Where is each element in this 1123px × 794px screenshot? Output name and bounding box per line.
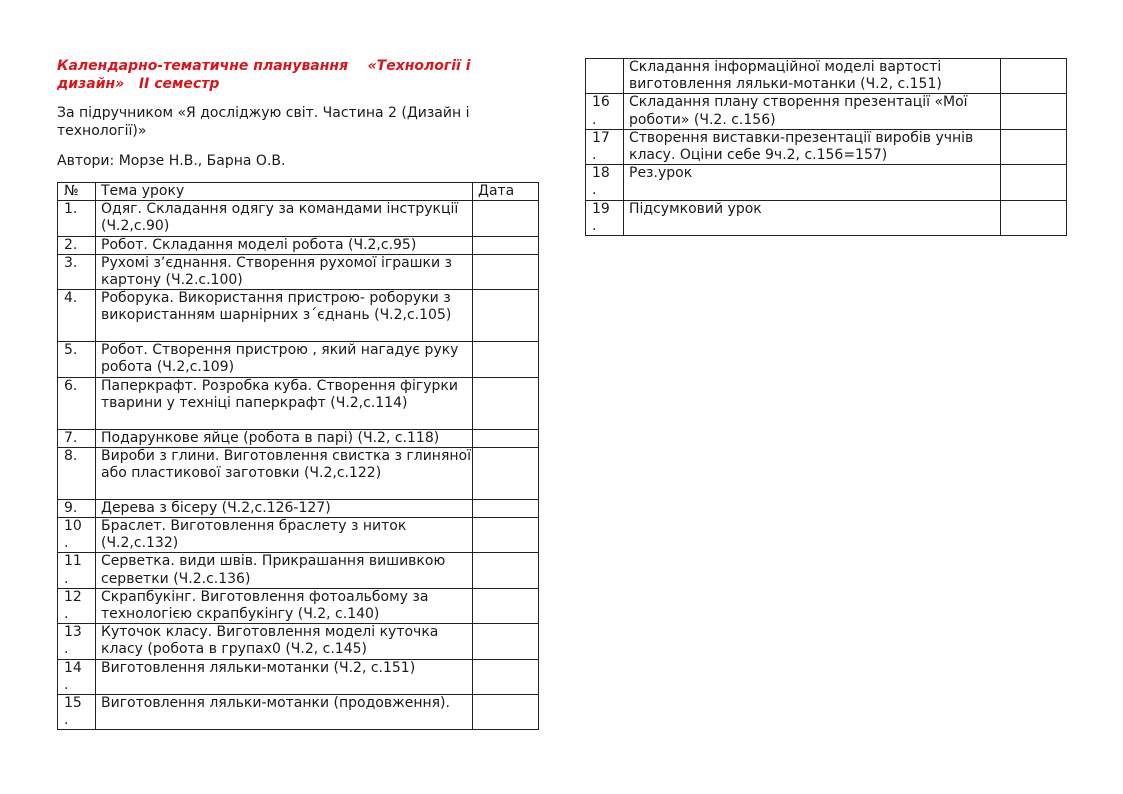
lesson-topic: Скрапбукінг. Виготовлення фотоальбому за…: [96, 588, 473, 623]
lesson-topic: Серветка. види швів. Прикрашання вишивко…: [96, 553, 473, 588]
lesson-topic: Виготовлення ляльки-мотанки (продовження…: [96, 695, 473, 730]
table-row: 17.Створення виставки-презентації виробі…: [586, 129, 1067, 164]
lesson-date-cell[interactable]: [473, 254, 539, 289]
lesson-topic: Створення виставки-презентації виробів у…: [624, 129, 1001, 164]
table-row: Складання інформаційної моделі вартості …: [586, 59, 1067, 94]
table-row: 9.Дерева з бісеру (Ч.2,с.126-127): [58, 499, 539, 517]
table-row: 4.Роборука. Використання пристрою- робор…: [58, 290, 539, 342]
lesson-number: 18: [592, 165, 623, 182]
lesson-topic: Вироби з глини. Виготовлення свистка з г…: [96, 447, 473, 499]
lesson-date-cell[interactable]: [473, 588, 539, 623]
lesson-topic: Складання інформаційної моделі вартості …: [624, 59, 1001, 94]
lesson-number-cell: 12.: [58, 588, 96, 623]
lesson-number-dot: .: [64, 606, 95, 623]
table-row: 16.Складання плану створення презентації…: [586, 94, 1067, 129]
lesson-number-cell: 10.: [58, 518, 96, 553]
lesson-date-cell[interactable]: [473, 447, 539, 499]
lesson-topic: Одяг. Складання одягу за командами інстр…: [96, 201, 473, 236]
lesson-number-cell: 1.: [58, 201, 96, 236]
lesson-number-dot: .: [592, 218, 623, 235]
lesson-number: 10: [64, 518, 95, 535]
lesson-number: 9.: [64, 500, 95, 517]
lesson-number-cell: 11.: [58, 553, 96, 588]
lesson-topic: Паперкрафт. Розробка куба. Створення фіг…: [96, 377, 473, 429]
lesson-date-cell[interactable]: [473, 659, 539, 694]
lesson-topic: Складання плану створення презентації «М…: [624, 94, 1001, 129]
lesson-number: 17: [592, 130, 623, 147]
lesson-number-cell: 3.: [58, 254, 96, 289]
table-row: 8.Вироби з глини. Виготовлення свистка з…: [58, 447, 539, 499]
lesson-date-cell[interactable]: [473, 236, 539, 254]
lesson-topic: Роборука. Використання пристрою- роборук…: [96, 290, 473, 342]
lesson-number-cell: 13.: [58, 624, 96, 659]
lesson-plan-table-right: Складання інформаційної моделі вартості …: [585, 58, 1067, 236]
lesson-number-cell: 16.: [586, 94, 624, 129]
lesson-number: 14: [64, 660, 95, 677]
lesson-number-cell: 19.: [586, 200, 624, 235]
lesson-number-cell: 14.: [58, 659, 96, 694]
lesson-number: 13: [64, 624, 95, 641]
lesson-date-cell[interactable]: [473, 499, 539, 517]
lesson-number: 16: [592, 94, 623, 111]
lesson-number: 3.: [64, 255, 95, 272]
lesson-number-dot: .: [592, 112, 623, 129]
lesson-number-cell: 18.: [586, 165, 624, 200]
lesson-date-cell[interactable]: [473, 553, 539, 588]
lesson-number-cell: 9.: [58, 499, 96, 517]
lesson-number-cell: 5.: [58, 342, 96, 377]
lesson-topic: Куточок класу. Виготовлення моделі куточ…: [96, 624, 473, 659]
authors-line: Автори: Морзе Н.В., Барна О.В.: [57, 152, 537, 170]
lesson-number: 8.: [64, 448, 95, 465]
lesson-topic: Виготовлення ляльки-мотанки (Ч.2, с.151): [96, 659, 473, 694]
lesson-plan-table-left: № Тема уроку Дата 1.Одяг. Складання одяг…: [57, 182, 539, 730]
lesson-number-dot: .: [64, 571, 95, 588]
lesson-number-dot: .: [64, 641, 95, 658]
lesson-date-cell[interactable]: [473, 201, 539, 236]
header-date: Дата: [473, 183, 539, 201]
lesson-topic: Підсумковий урок: [624, 200, 1001, 235]
table-row: 10.Браслет. Виготовлення браслету з нито…: [58, 518, 539, 553]
lesson-number: 15: [64, 695, 95, 712]
lesson-topic: Робот. Створення пристрою , який нагадує…: [96, 342, 473, 377]
lesson-date-cell[interactable]: [473, 695, 539, 730]
lesson-number-dot: .: [592, 147, 623, 164]
lesson-number-cell: [586, 59, 624, 94]
lesson-number-dot: .: [64, 677, 95, 694]
lesson-number-cell: 17.: [586, 129, 624, 164]
table-row: 19.Підсумковий урок: [586, 200, 1067, 235]
table-row: 5.Робот. Створення пристрою , який нагад…: [58, 342, 539, 377]
table-row: 14.Виготовлення ляльки-мотанки (Ч.2, с.1…: [58, 659, 539, 694]
lesson-date-cell[interactable]: [473, 377, 539, 429]
lesson-date-cell[interactable]: [473, 429, 539, 447]
lesson-number-cell: 8.: [58, 447, 96, 499]
table-row: 18.Рез.урок: [586, 165, 1067, 200]
lesson-topic: Дерева з бісеру (Ч.2,с.126-127): [96, 499, 473, 517]
lesson-date-cell[interactable]: [473, 290, 539, 342]
lesson-number-cell: 4.: [58, 290, 96, 342]
table-row: 13.Куточок класу. Виготовлення моделі ку…: [58, 624, 539, 659]
table-row: 2.Робот. Складання моделі робота (Ч.2,с.…: [58, 236, 539, 254]
lesson-number: 2.: [64, 237, 95, 254]
table-header-row: № Тема уроку Дата: [58, 183, 539, 201]
lesson-number-cell: 7.: [58, 429, 96, 447]
lesson-date-cell[interactable]: [473, 518, 539, 553]
lesson-date-cell[interactable]: [1001, 129, 1067, 164]
lesson-topic: Рез.урок: [624, 165, 1001, 200]
lesson-date-cell[interactable]: [473, 342, 539, 377]
table-row: 6.Паперкрафт. Розробка куба. Створення ф…: [58, 377, 539, 429]
lesson-number: 12: [64, 589, 95, 606]
table-row: 3.Рухомі з’єднання. Створення рухомої іг…: [58, 254, 539, 289]
table-row: 12.Скрапбукінг. Виготовлення фотоальбому…: [58, 588, 539, 623]
lesson-date-cell[interactable]: [1001, 59, 1067, 94]
table-row: 7.Подарункове яйце (робота в парі) (Ч.2,…: [58, 429, 539, 447]
document-title: Календарно-тематичне планування «Техноло…: [57, 57, 527, 93]
header-number: №: [58, 183, 96, 201]
table-row: 1.Одяг. Складання одягу за командами інс…: [58, 201, 539, 236]
lesson-date-cell[interactable]: [473, 624, 539, 659]
lesson-number: 1.: [64, 201, 95, 218]
lesson-number-cell: 15.: [58, 695, 96, 730]
textbook-line: За підручником «Я досліджую світ. Частин…: [57, 104, 537, 140]
table-row: 15.Виготовлення ляльки-мотанки (продовже…: [58, 695, 539, 730]
lesson-topic: Браслет. Виготовлення браслету з ниток (…: [96, 518, 473, 553]
lesson-number-dot: .: [64, 535, 95, 552]
lesson-number: 7.: [64, 430, 95, 447]
lesson-date-cell[interactable]: [1001, 94, 1067, 129]
header-topic: Тема уроку: [96, 183, 473, 201]
lesson-number: 11: [64, 553, 95, 570]
lesson-topic: Робот. Складання моделі робота (Ч.2,с.95…: [96, 236, 473, 254]
lesson-number-cell: 2.: [58, 236, 96, 254]
lesson-date-cell[interactable]: [1001, 200, 1067, 235]
lesson-number-dot: .: [592, 182, 623, 199]
lesson-number: 4.: [64, 290, 95, 307]
lesson-topic: Подарункове яйце (робота в парі) (Ч.2, с…: [96, 429, 473, 447]
lesson-number: 19: [592, 201, 623, 218]
lesson-number-cell: 6.: [58, 377, 96, 429]
lesson-number: 6.: [64, 378, 95, 395]
lesson-number: 5.: [64, 342, 95, 359]
lesson-number-dot: .: [64, 712, 95, 729]
lesson-topic: Рухомі з’єднання. Створення рухомої ігра…: [96, 254, 473, 289]
lesson-date-cell[interactable]: [1001, 165, 1067, 200]
table-row: 11.Серветка. види швів. Прикрашання виши…: [58, 553, 539, 588]
